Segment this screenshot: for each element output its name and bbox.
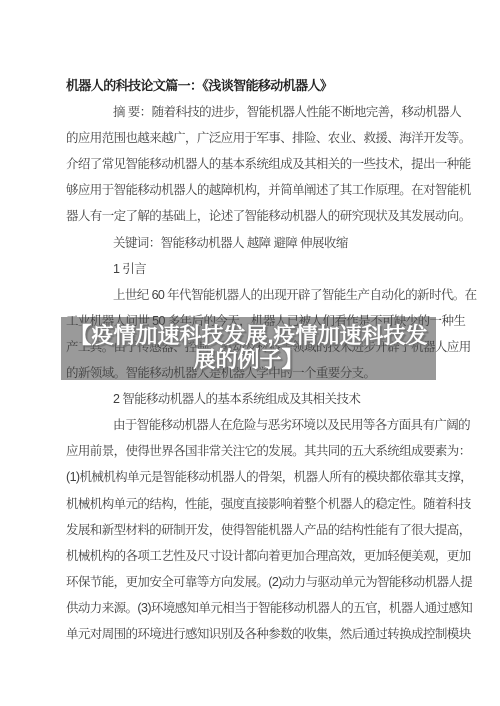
- text-line: 摘 要：随着科技的进步，智能机器人性能不断地完善，移动机器人: [66, 99, 438, 125]
- text-line: 发展和新型材料的研制开发，使得智能机器人产品的结构性能有了很大提高，: [66, 517, 438, 543]
- text-line: 应用前景，使得世界各国非常关注它的发展。其共同的五大系统组成要素为：: [66, 438, 438, 464]
- text-line: 供动力来源。(3)环境感知单元相当于智能移动机器人的五官，机器人通过感知: [66, 595, 438, 621]
- watermark-line-2: 展的例子】: [193, 348, 303, 373]
- text-line: 1 引言: [66, 256, 438, 282]
- article-title: 机器人的科技论文篇一：《浅谈智能移动机器人》: [66, 73, 438, 99]
- text-line: 2 智能移动机器人的基本系统组成及其相关技术: [66, 386, 438, 412]
- text-line: 关键词：智能移动机器人 越障 避障 伸展收缩: [66, 230, 438, 256]
- text-line: 单元对周围的环境进行感知识别及各种参数的收集，然后通过转换成控制模块: [66, 621, 438, 647]
- document-page: 机器人的科技论文篇一：《浅谈智能移动机器人》 摘 要：随着科技的进步，智能机器人…: [0, 0, 500, 706]
- text-line: 机械机构的各项工艺性及尺寸设计都向着更加合理高效，更加轻便美观，更加: [66, 543, 438, 569]
- text-line: 环保节能，更加安全可靠等方向发展。(2)动力与驱动单元为智能移动机器人提: [66, 569, 438, 595]
- text-line: 机械机构单元的结构，性能，强度直接影响着整个机器人的稳定性。随着科技: [66, 491, 438, 517]
- text-line: 够应用于智能移动机器人的越障机构，并简单阐述了其工作原理。在对智能机: [66, 177, 438, 203]
- text-line: 上世纪 60 年代智能机器人的出现开辟了智能生产自动化的新时代。在: [66, 282, 438, 308]
- text-line: (1)机械机构单元是智能移动机器人的骨架，机器人所有的模块都依靠其支撑，: [66, 464, 438, 490]
- text-line: 器人有一定了解的基础上，论述了智能移动机器人的研究现状及其发展动向。: [66, 203, 438, 229]
- text-line: 的应用范围也越来越广，广泛应用于军事、排险、农业、救援、海洋开发等。: [66, 125, 438, 151]
- text-line: 介绍了常见智能移动机器人的基本系统组成及其相关的一些技术，提出一种能: [66, 151, 438, 177]
- text-line: 由于智能移动机器人在危险与恶劣环境以及民用等各方面具有广阔的: [66, 412, 438, 438]
- watermark-text: 【疫情加速科技发展,疫情加速科技发 展的例子】: [61, 316, 436, 380]
- watermark-line-1: 【疫情加速科技发展,疫情加速科技发: [69, 324, 427, 349]
